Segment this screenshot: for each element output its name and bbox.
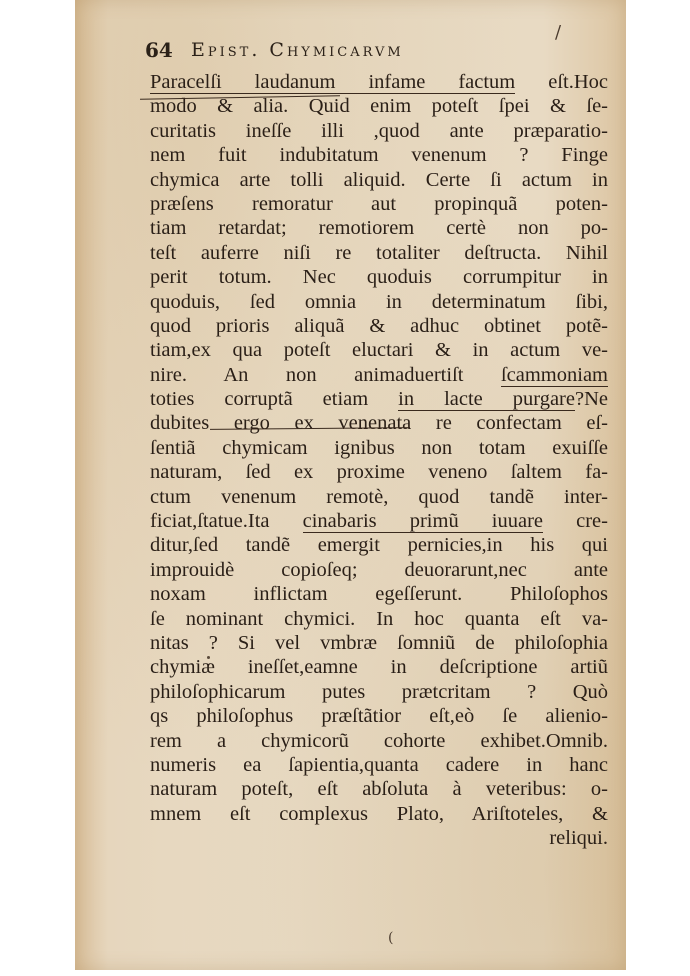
text-line: quoduis, ſed omnia in determinatum ſibi, (150, 290, 608, 314)
text-line: noxam inflictam egeſſerunt. Philoſophos (150, 582, 608, 606)
ink-stroke-mark: / (555, 22, 561, 43)
text-line: improuidè copioſeq; deuorarunt,nec ante (150, 558, 608, 582)
text-line: chymiæ ineſſet,eamne in deſcriptione art… (150, 655, 608, 679)
underlined-phrase: Paracelſi laudanum infame factum (150, 71, 515, 94)
text-line: nitas ? Si vel vmbræ ſomniũ de philoſoph… (150, 631, 608, 655)
text-line: tiam,ex qua poteſt eluctari & in actum v… (150, 338, 608, 362)
page-number: 64 (145, 38, 173, 62)
text-line: dubites ergo ex venenata re confectam eſ… (150, 411, 608, 435)
text-line: reliqui. (150, 826, 608, 850)
underlined-phrase: ſcammoniam (501, 364, 608, 387)
underlined-phrase: in lacte purgare (398, 388, 575, 411)
text-line: quod prioris aliquã & adhuc obtinet potẽ… (150, 314, 608, 338)
text-line: Paracelſi laudanum infame factum eſt.Hoc (150, 70, 608, 94)
text-line: ſentiã chymicam ignibus non totam exuiſſ… (150, 436, 608, 460)
text-line: mnem eſt complexus Plato, Ariſtoteles, & (150, 802, 608, 826)
ink-stroke-mark: ( (388, 930, 393, 946)
text-line: numeris ea ſapientia,quanta cadere in ha… (150, 753, 608, 777)
text-line: præſens remoratur aut propinquã poten- (150, 192, 608, 216)
running-head: 64 Epist. Chymicarvm (145, 38, 545, 66)
text-line: teſt auferre niſi re totaliter deſtructa… (150, 241, 608, 265)
text-line: nire. An non animaduertiſt ſcammoniam (150, 363, 608, 387)
running-head-title: Epist. Chymicarvm (191, 39, 404, 61)
text-line: qs philoſophus præſtãtior eſt,eò ſe alie… (150, 704, 608, 728)
text-line: toties corruptã etiam in lacte purgare?N… (150, 387, 608, 411)
text-line: curitatis ineſſe illi ,quod ante præpara… (150, 119, 608, 143)
text-line: naturam, ſed ex proxime veneno ſaltem fa… (150, 460, 608, 484)
text-line: ficiat,ſtatue.Ita cinabaris primũ iuuare… (150, 509, 608, 533)
text-line: chymica arte tolli aliquid. Certe ſi act… (150, 168, 608, 192)
text-line: rem a chymicorũ cohorte exhibet.Omnib. (150, 729, 608, 753)
underlined-phrase: cinabaris primũ iuuare (303, 510, 543, 533)
text-line: perit totum. Nec quoduis corrumpitur in (150, 265, 608, 289)
text-line: ſe nominant chymici. In hoc quanta eſt v… (150, 607, 608, 631)
text-line: philoſophicarum putes prætcritam ? Quò (150, 680, 608, 704)
body-text: Paracelſi laudanum infame factum eſt.Hoc… (150, 70, 610, 851)
text-line: tiam retardat; remotiorem certè non po- (150, 216, 608, 240)
text-line: ctum venenum remotè, quod tandẽ inter- (150, 485, 608, 509)
text-line: naturam poteſt, eſt abſoluta à veteribus… (150, 777, 608, 801)
text-line: nem fuit indubitatum venenum ? Finge (150, 143, 608, 167)
text-line: ditur,ſed tandẽ emergit pernicies,in his… (150, 533, 608, 557)
